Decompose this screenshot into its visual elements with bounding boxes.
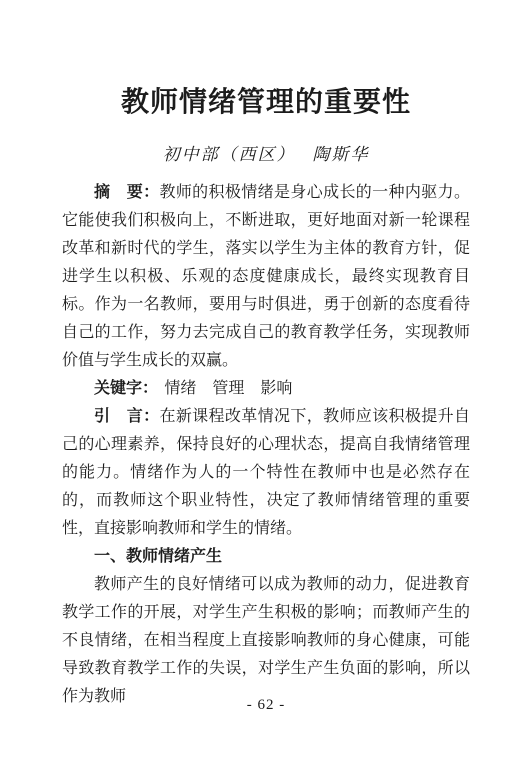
document-body: 摘 要：教师的积极情绪是身心成长的一种内驱力。它能使我们积极向上，不断进取，更好… [62, 179, 470, 711]
introduction-paragraph: 引 言：在新课程改革情况下，教师应该积极提升自己的心理素养，保持良好的心理状态，… [62, 403, 470, 543]
keywords-label: 关键字： [94, 380, 158, 397]
author-line: 初中部（西区） 陶斯华 [0, 144, 532, 166]
page-title: 教师情绪管理的重要性 [0, 86, 532, 120]
page-number: - 62 - [0, 697, 532, 714]
keywords-line: 关键字：情绪 管理 影响 [62, 375, 470, 403]
section-paragraph: 教师产生的良好情绪可以成为教师的动力，促进教育教学工作的开展，对学生产生积极的影… [62, 571, 470, 711]
abstract-text: 教师的积极情绪是身心成长的一种内驱力。它能使我们积极向上，不断进取，更好地面对新… [62, 184, 470, 369]
document-page: 教师情绪管理的重要性 初中部（西区） 陶斯华 摘 要：教师的积极情绪是身心成长的… [0, 0, 532, 768]
section-heading: 一、教师情绪产生 [62, 543, 470, 571]
keywords-text: 情绪 管理 影响 [164, 380, 292, 397]
introduction-text: 在新课程改革情况下，教师应该积极提升自己的心理素养，保持良好的心理状态，提高自我… [62, 408, 470, 537]
introduction-label: 引 言： [94, 408, 159, 425]
abstract-paragraph: 摘 要：教师的积极情绪是身心成长的一种内驱力。它能使我们积极向上，不断进取，更好… [62, 179, 470, 375]
abstract-label: 摘 要： [94, 184, 159, 201]
